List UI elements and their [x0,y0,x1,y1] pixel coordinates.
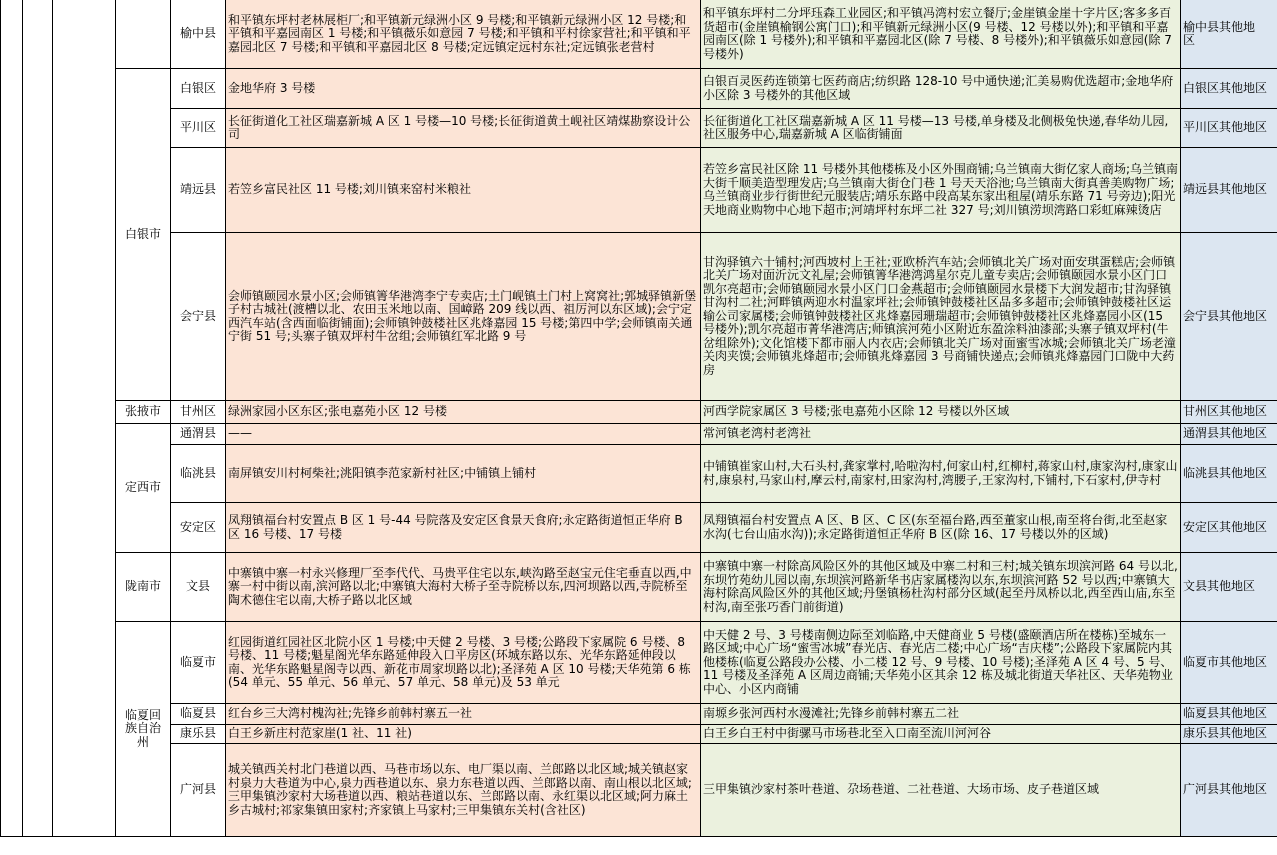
county-cell: 临夏市 [171,622,226,704]
county-cell: 榆中县 [171,0,226,69]
risk-areas-cell: 南屏镇安川村柯柴社;洮阳镇李范家新村社区;中铺镇上铺村 [226,445,701,503]
other-areas-cell: 白银百灵医药连锁第七医药商店;纺织路 128-10 号中通快递;汇美易购优选超市… [701,69,1181,109]
other-areas-cell: 中寨镇中寨一村除高风险区外的其他区域及中寨二村和三村;城关镇东坝滨河路 64 号… [701,553,1181,622]
county-cell: 通渭县 [171,424,226,445]
risk-areas-cell: 若笠乡富民社区 11 号楼;刘川镇来窑村米粮社 [226,148,701,233]
county-cell: 临洮县 [171,445,226,503]
other-areas-cell: 和平镇东坪村二分坪珏森工业园区;和平镇冯湾村宏立餐厅;金崖镇金崖十字片区;客多多… [701,0,1181,69]
other-region-cell: 广河县其他地区 [1181,744,1277,837]
other-region-cell: 通渭县其他地区 [1181,424,1277,445]
other-areas-cell: 长征街道化工社区瑞嘉新城 A 区 11 号楼—13 号楼,单身楼及北侧极兔快递,… [701,109,1181,148]
other-areas-cell: 三甲集镇沙家村茶叶巷道、尕场巷道、二社巷道、大场市场、皮子巷道区域 [701,744,1181,837]
county-cell: 会宁县 [171,233,226,401]
county-cell: 安定区 [171,503,226,553]
city-cell: 白银市 [116,69,171,401]
county-cell: 靖远县 [171,148,226,233]
county-cell: 甘州区 [171,401,226,424]
other-region-cell: 临夏市其他地区 [1181,622,1277,704]
county-cell: 临夏县 [171,704,226,725]
county-cell: 康乐县 [171,725,226,744]
city-cell: 张掖市 [116,401,171,424]
left-spacer-column-2 [23,0,53,837]
risk-areas-cell: 会师镇颐园水景小区;会师镇箐华港湾李宁专卖店;土门岘镇土门村上窝窝社;郭城驿镇新… [226,233,701,401]
other-region-cell: 康乐县其他地区 [1181,725,1277,744]
other-areas-cell: 中天健 2 号、3 号楼南侧边际至刘临路,中天健商业 5 号楼(盛颐酒店所在楼栋… [701,622,1181,704]
risk-areas-cell: 金地华府 3 号楼 [226,69,701,109]
risk-areas-cell: 凤翔镇福台村安置点 B 区 1 号-44 号院落及安定区食景天食府;永定路街道恒… [226,503,701,553]
other-region-cell: 文县其他地区 [1181,553,1277,622]
other-areas-cell: 河西学院家属区 3 号楼;张电嘉苑小区除 12 号楼以外区域 [701,401,1181,424]
other-region-cell: 安定区其他地区 [1181,503,1277,553]
other-region-cell: 平川区其他地区 [1181,109,1277,148]
other-region-cell: 会宁县其他地区 [1181,233,1277,401]
other-areas-cell: 凤翔镇福台村安置点 A 区、B 区、C 区(东至福台路,西至董家山根,南至将台街… [701,503,1181,553]
other-areas-cell: 南塬乡张河西村水漫滩社;先锋乡前韩村寨五二社 [701,704,1181,725]
region-risk-table: 榆中县 和平镇东坪村老林展柜厂;和平镇新元绿洲小区 9 号楼;和平镇新元绿洲小区… [0,0,1277,837]
other-areas-cell: 中铺镇崔家山村,大石头村,龚家掌村,哈啦沟村,何家山村,红柳村,蒋家山村,康家沟… [701,445,1181,503]
county-cell: 广河县 [171,744,226,837]
county-cell: 白银区 [171,69,226,109]
county-cell: 文县 [171,553,226,622]
risk-areas-cell: 绿洲家园小区东区;张电嘉苑小区 12 号楼 [226,401,701,424]
risk-areas-cell: 红园街道红园社区北院小区 1 号楼;中天健 2 号楼、3 号楼;公路段下家属院 … [226,622,701,704]
other-areas-cell: 白王乡白王村中街骡马市场巷北至入口南至流川河河谷 [701,725,1181,744]
city-cell: 定西市 [116,424,171,553]
risk-areas-cell: 白王乡新庄村范家崖(1 社、11 社) [226,725,701,744]
risk-areas-cell: 中寨镇中寨一村永兴修理厂至李代代、马贵平住宅以东,峡沟路至赵宝元住宅垂直以西,中… [226,553,701,622]
other-region-cell: 榆中县其他地 区 [1181,0,1277,69]
other-region-cell: 甘州区其他地区 [1181,401,1277,424]
other-region-cell: 临洮县其他地区 [1181,445,1277,503]
risk-areas-cell: 和平镇东坪村老林展柜厂;和平镇新元绿洲小区 9 号楼;和平镇新元绿洲小区 12 … [226,0,701,69]
other-areas-cell: 甘沟驿镇六十铺村;河西坡村上王社;亚欧桥汽车站;会师镇北关广场对面安琪蛋糕店;会… [701,233,1181,401]
other-region-cell: 白银区其他地区 [1181,69,1277,109]
city-cell: 临夏回族自治州 [116,622,171,837]
other-areas-cell: 若笠乡富民社区除 11 号楼外其他楼栋及小区外围商铺;乌兰镇南大街亿家人商场;乌… [701,148,1181,233]
other-region-cell: 临夏县其他地区 [1181,704,1277,725]
risk-areas-cell: —— [226,424,701,445]
risk-areas-cell: 长征街道化工社区瑞嘉新城 A 区 1 号楼—10 号楼;长征街道黄土岘社区靖煤勘… [226,109,701,148]
other-region-cell: 靖远县其他地区 [1181,148,1277,233]
risk-areas-cell: 红台乡三大湾村槐沟社;先锋乡前韩村寨五一社 [226,704,701,725]
city-cell: 陇南市 [116,553,171,622]
left-spacer-column-3 [53,0,116,837]
left-spacer-column-1 [1,0,23,837]
city-cell [116,0,171,69]
risk-areas-cell: 城关镇西关村北门巷道以西、马巷市场以东、电厂渠以南、兰郎路以北区域;城关镇赵家村… [226,744,701,837]
county-cell: 平川区 [171,109,226,148]
other-areas-cell: 常河镇老湾村老湾社 [701,424,1181,445]
